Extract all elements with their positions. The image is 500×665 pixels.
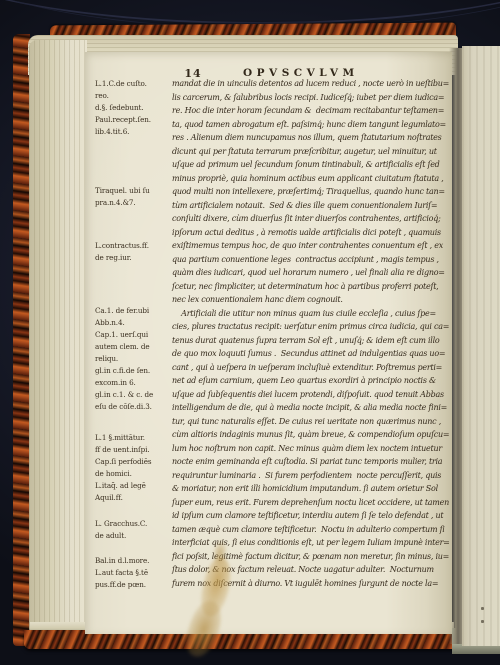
margin-note: Ca.1. de fer.ubi Abb.n.4. Cap.1. uerſ.qu… xyxy=(95,305,173,413)
marbled-board-edge-left xyxy=(13,34,30,646)
page-stack-edge-left xyxy=(29,40,87,636)
margin-note: L. Gracchus.C. de adult. xyxy=(95,518,173,542)
margin-note: L.1.C.de cuſto. reo. d.§. ſedebunt. Paul… xyxy=(95,78,173,138)
ink-speck xyxy=(481,620,484,623)
facing-page-sliver xyxy=(462,46,500,646)
margin-note: Bal.in d.l.more. L.aut facta §.tē pus.ff… xyxy=(95,555,173,591)
ink-speck xyxy=(481,607,484,610)
body-text: mandat die in uinculis detentos ad lucem… xyxy=(172,77,453,590)
photo-background: 14 OPVSCVLVM L.1.C.de cuſto. reo. d.§. ſ… xyxy=(0,0,500,665)
margin-note: Tiraquel. ubi ſu pra.n.4.&7. xyxy=(95,185,173,209)
book-page: 14 OPVSCVLVM L.1.C.de cuſto. reo. d.§. ſ… xyxy=(85,52,452,634)
margin-note: L.1 §.mittātur. ff de uent.inſpi. Cap.ſi… xyxy=(95,432,173,504)
margin-note: L.contractus.ff. de reg.iur. xyxy=(95,240,173,264)
